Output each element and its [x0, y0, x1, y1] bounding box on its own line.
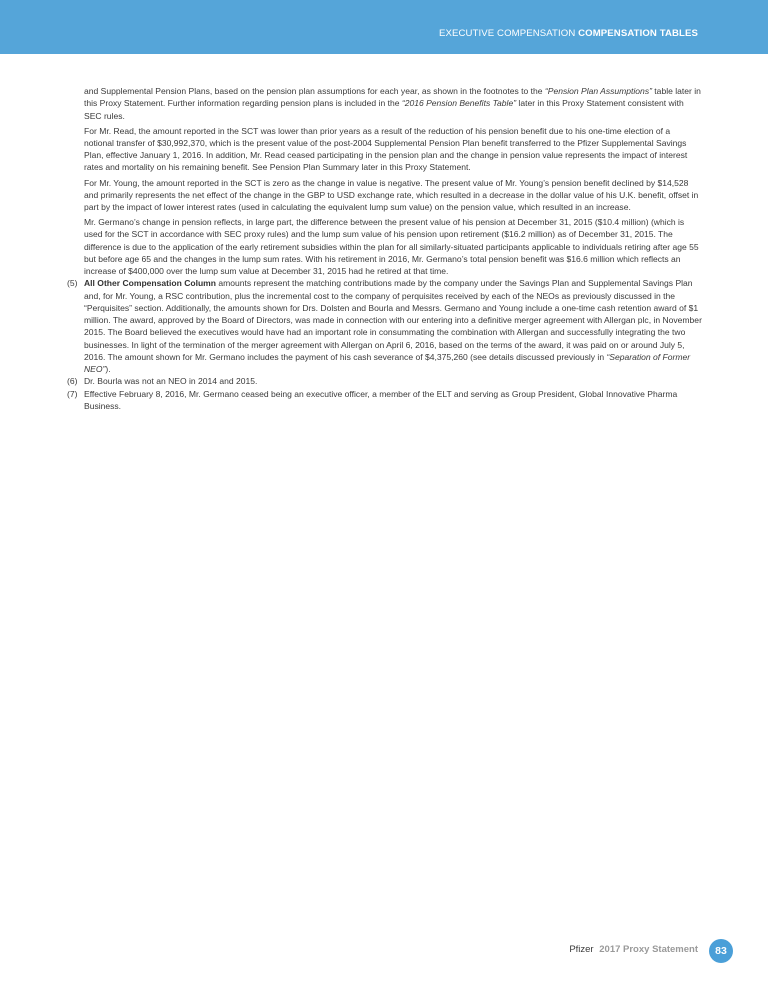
header-band: EXECUTIVE COMPENSATION COMPENSATION TABL… — [0, 0, 768, 54]
read-pension-paragraph: For Mr. Read, the amount reported in the… — [84, 125, 702, 174]
page-number-badge: 83 — [709, 939, 733, 963]
footer-publication: 2017 Proxy Statement — [599, 944, 698, 955]
running-header: EXECUTIVE COMPENSATION COMPENSATION TABL… — [439, 28, 698, 39]
header-subsection: COMPENSATION TABLES — [578, 28, 698, 39]
header-section: EXECUTIVE COMPENSATION — [439, 28, 575, 39]
table-reference: “Pension Plan Assumptions” — [545, 86, 652, 96]
text-run: ). — [105, 364, 110, 374]
germano-pension-paragraph: Mr. Germano’s change in pension reflects… — [84, 216, 702, 277]
footnote-6: (6)Dr. Bourla was not an NEO in 2014 and… — [84, 375, 702, 387]
footnote-number: (5) — [67, 277, 77, 289]
continuation-paragraph: and Supplemental Pension Plans, based on… — [84, 85, 702, 122]
table-reference: “2016 Pension Benefits Table” — [402, 98, 516, 108]
footnote-number: (7) — [67, 388, 77, 400]
page-footer: Pfizer 2017 Proxy Statement — [569, 944, 698, 955]
text-run: amounts represent the matching contribut… — [84, 278, 702, 362]
text-run: Dr. Bourla was not an NEO in 2014 and 20… — [84, 376, 257, 386]
footnote-5: (5)All Other Compensation Column amounts… — [84, 277, 702, 375]
footer-company: Pfizer — [569, 944, 593, 955]
young-pension-paragraph: For Mr. Young, the amount reported in th… — [84, 177, 702, 214]
footnote-number: (6) — [67, 375, 77, 387]
footnotes-body: and Supplemental Pension Plans, based on… — [84, 85, 702, 412]
footnote-7: (7)Effective February 8, 2016, Mr. Germa… — [84, 388, 702, 413]
text-run: Effective February 8, 2016, Mr. Germano … — [84, 389, 677, 411]
text-run: and Supplemental Pension Plans, based on… — [84, 86, 545, 96]
footnote-heading: All Other Compensation Column — [84, 278, 216, 288]
